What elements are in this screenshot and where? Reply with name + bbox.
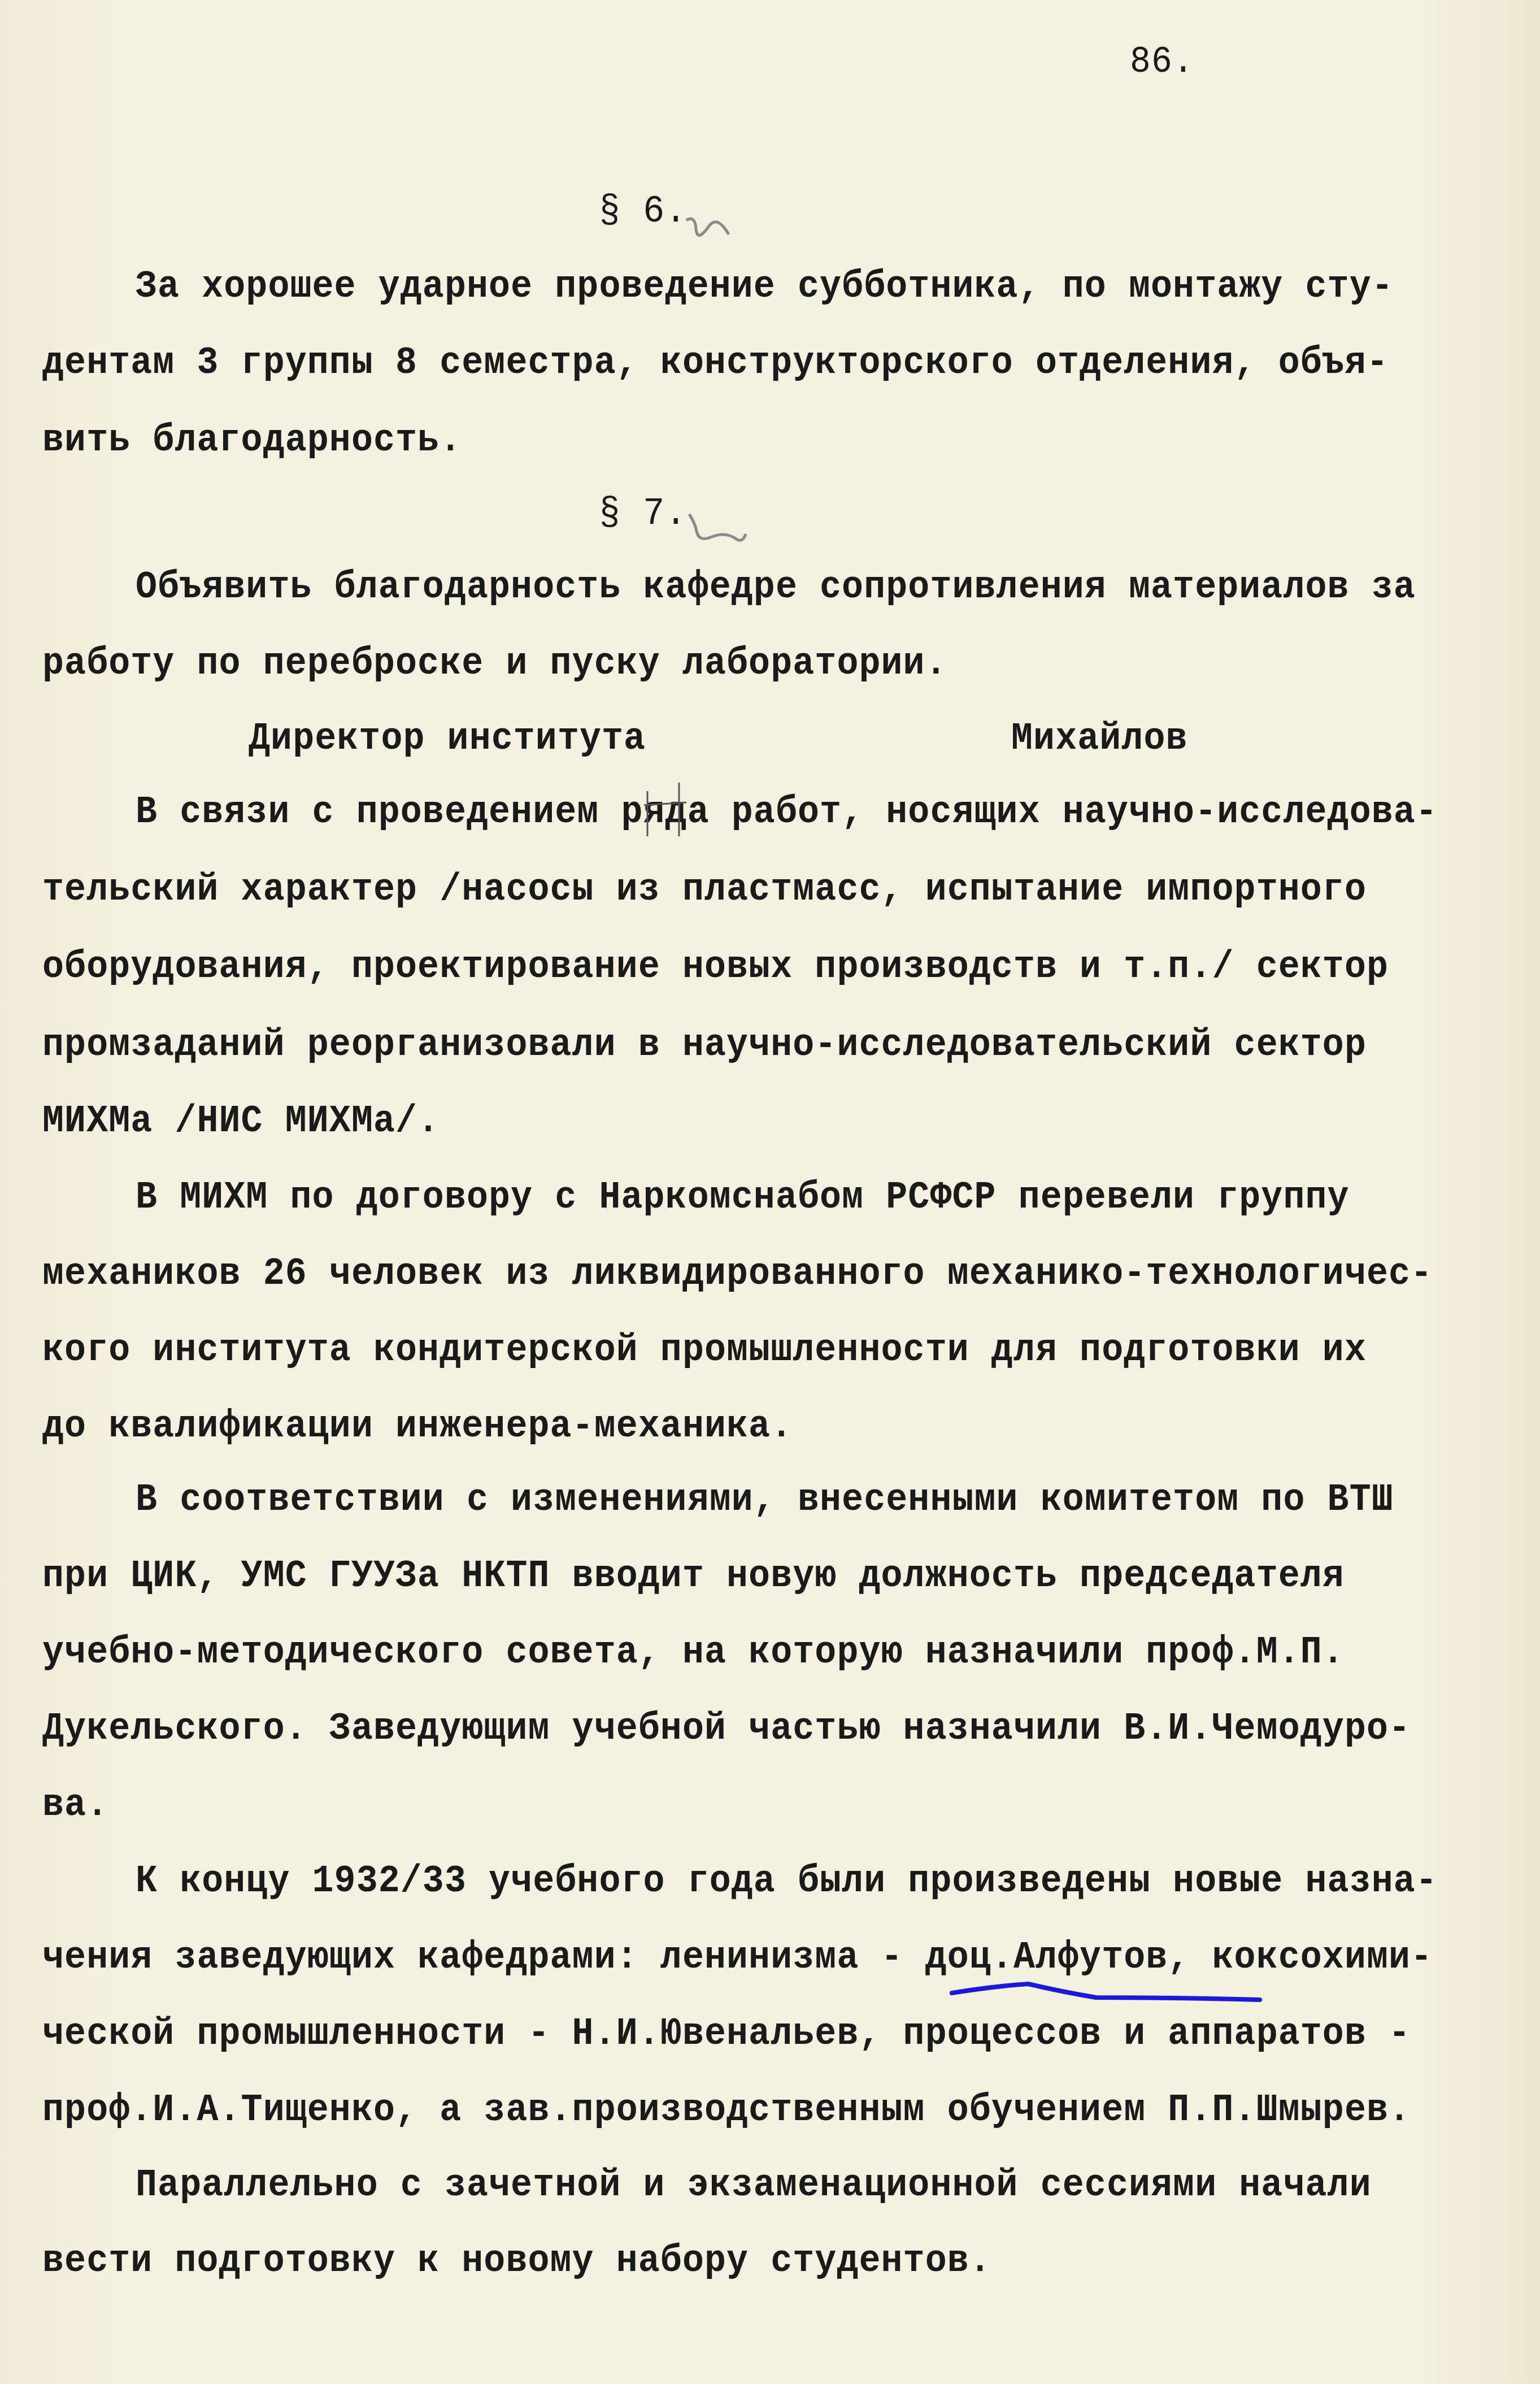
blue-pen-underline-icon xyxy=(949,1981,1265,2003)
page-number: 86. xyxy=(1130,40,1194,85)
text-line: В МИХМ по договору с Наркомснабом РСФСР … xyxy=(136,1175,1350,1221)
text-line: работу по переброске и пуску лаборатории… xyxy=(42,641,947,687)
pencil-strike-mark-icon xyxy=(644,780,689,842)
text-line: оборудования, проектирование новых произ… xyxy=(42,945,1389,990)
text-line: За хорошее ударное проведение субботника… xyxy=(136,264,1394,310)
text-line: механиков 26 человек из ликвидированного… xyxy=(42,1252,1433,1297)
text-line: Объявить благодарность кафедре сопротивл… xyxy=(136,565,1416,610)
text-line: кого института кондитерской промышленнос… xyxy=(42,1328,1367,1373)
text-line: до квалификации инженера-механика. xyxy=(42,1404,793,1449)
text-line: Дукельского. Заведующим учебной частью н… xyxy=(42,1706,1411,1752)
section-heading-7: § 7. xyxy=(599,492,687,537)
document-page: 86. § 6. За хорошее ударное проведение с… xyxy=(0,0,1540,2384)
text-line: вить благодарность. xyxy=(42,418,462,463)
text-line: дентам 3 группы 8 семестра, конструкторс… xyxy=(42,341,1389,386)
text-line: чения заведующих кафедрами: ленинизма - … xyxy=(42,1935,1433,1981)
section-heading-6: § 6. xyxy=(599,189,687,235)
text-line: проф.И.А.Тищенко, а зав.производственным… xyxy=(42,2088,1411,2133)
text-line: Параллельно с зачетной и экзаменационной… xyxy=(136,2163,1372,2208)
pencil-squiggle-icon xyxy=(684,212,746,246)
text-line: тельский характер /насосы из пластмасс, … xyxy=(42,867,1367,913)
signature-title: Директор института xyxy=(249,716,646,762)
text-line: В соответствии с изменениями, внесенными… xyxy=(136,1478,1394,1523)
text-line: ческой промышленности - Н.И.Ювенальев, п… xyxy=(42,2012,1411,2057)
text-line: ва. xyxy=(42,1783,108,1828)
text-line: вести подготовку к новому набору студент… xyxy=(42,2239,991,2284)
pencil-squiggle-icon xyxy=(686,511,749,545)
text-line: К концу 1932/33 учебного года были произ… xyxy=(136,1859,1438,1904)
text-line: МИХМа /НИС МИХМа/. xyxy=(42,1099,440,1144)
text-line: при ЦИК, УМС ГУУЗа НКТП вводит новую дол… xyxy=(42,1554,1345,1599)
text-line: промзаданий реорганизовали в научно-иссл… xyxy=(42,1023,1367,1068)
signature-name: Михайлов xyxy=(1011,716,1188,762)
text-line: В связи с проведением ряда работ, носящи… xyxy=(136,790,1438,835)
text-line: учебно-методического совета, на которую … xyxy=(42,1630,1345,1675)
